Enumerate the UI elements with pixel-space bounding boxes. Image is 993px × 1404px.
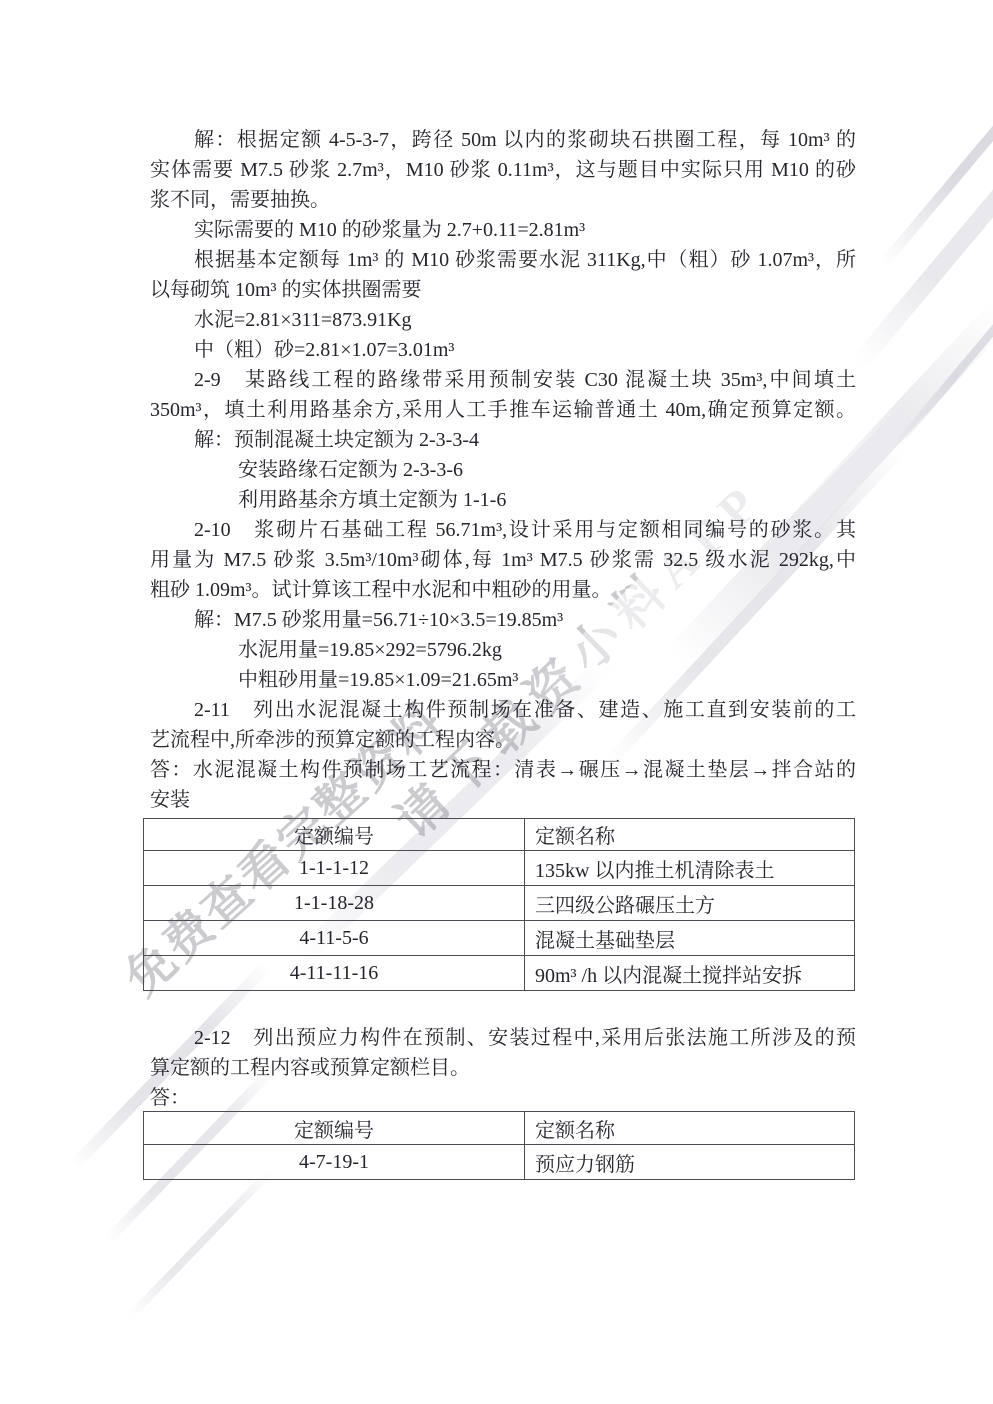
- quota-code: 4-11-11-16: [144, 956, 525, 991]
- text-line: 中粗砂用量=19.85×1.09=21.65m³: [150, 665, 856, 695]
- table-row: 4-11-11-16 90m³ /h 以内混凝土搅拌站安拆: [144, 956, 855, 991]
- quota-table-2: 定额编号 定额名称 4-7-19-1 预应力钢筋: [143, 1111, 855, 1180]
- column-header-name: 定额名称: [525, 819, 855, 851]
- text-line: 浆不同，需要抽换。: [150, 185, 856, 215]
- text-line: 水泥用量=19.85×292=5796.2kg: [150, 635, 856, 665]
- text-line: 解：M7.5 砂浆用量=56.71÷10×3.5=19.85m³: [150, 605, 856, 635]
- text-line: 中（粗）砂=2.81×1.07=3.01m³: [150, 335, 856, 365]
- text-line: 安装路缘石定额为 2-3-3-6: [150, 455, 856, 485]
- quota-code: 1-1-18-28: [144, 886, 525, 921]
- scan-streak: [128, 1169, 273, 1318]
- text-line: 水泥=2.81×311=873.91Kg: [150, 305, 856, 335]
- quota-name: 三四级公路碾压土方: [525, 886, 855, 921]
- text-line: 2-11 列出水泥混凝土构件预制场在准备、建造、施工直到安装前的工: [150, 695, 856, 725]
- text-line: 实际需要的 M10 的砂浆量为 2.7+0.11=2.81m³: [150, 215, 856, 245]
- quota-name: 混凝土基础垫层: [525, 921, 855, 956]
- text-line: 粗砂 1.09m³。试计算该工程中水泥和中粗砂的用量。: [150, 575, 856, 605]
- text-line: 艺流程中,所牵涉的预算定额的工程内容。: [150, 725, 856, 755]
- table-row: 1-1-18-28 三四级公路碾压土方: [144, 886, 855, 921]
- scan-streak: [880, 0, 993, 266]
- table-row: 1-1-1-12 135kw 以内推土机清除表土: [144, 851, 855, 886]
- quota-code: 4-11-5-6: [144, 921, 525, 956]
- text-line: 实体需要 M7.5 砂浆 2.7m³，M10 砂浆 0.11m³，这与题目中实际…: [150, 155, 856, 185]
- quota-code: 4-7-19-1: [144, 1145, 525, 1180]
- text-line: 答：: [150, 1083, 856, 1113]
- document-page: { "page": { "background": "#ffffff", "in…: [0, 0, 993, 1404]
- text-line: 2-12 列出预应力构件在预制、安装过程中,采用后张法施工所涉及的预: [150, 1023, 856, 1053]
- quota-code: 1-1-1-12: [144, 851, 525, 886]
- text-line: 2-9 某路线工程的路缘带采用预制安装 C30 混凝土块 35m³,中间填土: [150, 365, 856, 395]
- column-header-name: 定额名称: [525, 1112, 855, 1145]
- text-line: 解：根据定额 4-5-3-7，跨径 50m 以内的浆砌块石拱圈工程，每 10m³…: [150, 125, 856, 155]
- scan-streak: [851, 68, 993, 371]
- quota-table-1: 定额编号 定额名称 1-1-1-12 135kw 以内推土机清除表土 1-1-1…: [143, 818, 855, 991]
- quota-name: 135kw 以内推土机清除表土: [525, 851, 855, 886]
- quota-name: 90m³ /h 以内混凝土搅拌站安拆: [525, 956, 855, 991]
- text-line: 算定额的工程内容或预算定额栏目。: [150, 1053, 856, 1083]
- table-row: 4-7-19-1 预应力钢筋: [144, 1145, 855, 1180]
- text-line: 解：预制混凝土块定额为 2-3-3-4: [150, 425, 856, 455]
- text-line: 用量为 M7.5 砂浆 3.5m³/10m³砌体,每 1m³ M7.5 砂浆需 …: [150, 545, 856, 575]
- quota-name: 预应力钢筋: [525, 1145, 855, 1180]
- column-header-code: 定额编号: [144, 1112, 525, 1145]
- column-header-code: 定额编号: [144, 819, 525, 851]
- text-line: 2-10 浆砌片石基础工程 56.71m³,设计采用与定额相同编号的砂浆。其: [150, 515, 856, 545]
- table-row: 4-11-5-6 混凝土基础垫层: [144, 921, 855, 956]
- text-line: 利用路基余方填土定额为 1-1-6: [150, 485, 856, 515]
- text-line: 350m³，填土利用路基余方,采用人工手推车运输普通土 40m,确定预算定额。: [150, 395, 856, 425]
- text-line: 安装: [150, 785, 856, 815]
- page-content: 解：根据定额 4-5-3-7，跨径 50m 以内的浆砌块石拱圈工程，每 10m³…: [150, 125, 856, 1180]
- scan-streak: [891, 217, 993, 452]
- text-line: 根据基本定额每 1m³ 的 M10 砂浆需要水泥 311Kg,中（粗）砂 1.0…: [150, 245, 856, 275]
- text-line: 答：水泥混凝土构件预制场工艺流程：清表→碾压→混凝土垫层→拌合站的: [150, 755, 856, 785]
- text-line: 以每砌筑 10m³ 的实体拱圈需要: [150, 275, 856, 305]
